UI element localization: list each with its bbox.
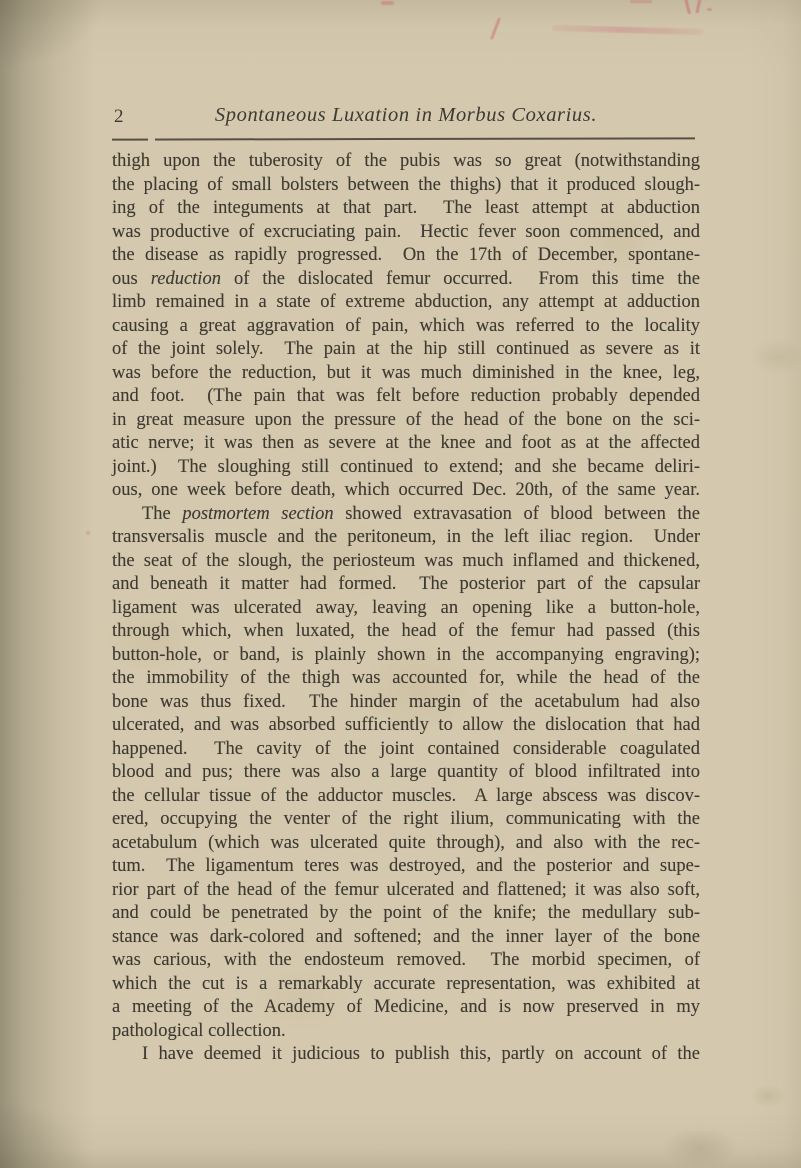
- text-line: ulcerated, and was absorbed sufficiently…: [112, 714, 700, 738]
- text-segment: bone was thus fixed. The hinder margin o…: [112, 692, 700, 712]
- text-line: the seat of the slough, the periosteum w…: [112, 550, 700, 574]
- text-line: happened. The cavity of the joint contai…: [112, 738, 700, 762]
- text-segment: stance was dark-colored and softened; an…: [112, 927, 700, 947]
- text-line: and foot. (The pain that was felt before…: [112, 385, 700, 409]
- text-segment: was carious, with the endosteum removed.…: [112, 950, 700, 970]
- page-header: 2 Spontaneous Luxation in Morbus Coxariu…: [112, 104, 700, 134]
- text-segment: causing a great aggravation of pain, whi…: [112, 316, 700, 336]
- italic-text: reduction: [151, 269, 221, 289]
- text-segment: atic nerve; it was then as severe at the…: [112, 433, 700, 453]
- text-line: The postmortem section showed extravasat…: [112, 503, 700, 527]
- text-line: ered, occupying the venter of the right …: [112, 808, 700, 832]
- text-line: rior part of the head of the femur ulcer…: [112, 879, 700, 903]
- red-ink-mark: [707, 8, 712, 11]
- text-line: acetabulum (which was ulcerated quite th…: [112, 832, 700, 856]
- text-segment: which the cut is a remarkably accurate r…: [112, 974, 700, 994]
- text-line: the placing of small bolsters between th…: [112, 174, 700, 198]
- text-segment: pathological collection.: [112, 1021, 286, 1041]
- text-segment: blood and pus; there was also a large qu…: [112, 762, 700, 782]
- text-segment: was productive of excruciating pain. Hec…: [112, 222, 700, 242]
- text-segment: in great measure upon the pressure of th…: [112, 410, 700, 430]
- red-ink-mark: [684, 0, 690, 14]
- text-line: transversalis muscle and the peritoneum,…: [112, 526, 700, 550]
- text-line: of the joint solely. The pain at the hip…: [112, 338, 700, 362]
- text-line: button-hole, or band, is plainly shown i…: [112, 644, 700, 668]
- text-line: was carious, with the endosteum removed.…: [112, 949, 700, 973]
- red-ink-fleck: [86, 531, 90, 535]
- text-segment: the cellular tissue of the adductor musc…: [112, 786, 700, 806]
- text-segment: and foot. (The pain that was felt before…: [112, 386, 700, 406]
- text-line: pathological collection.: [112, 1020, 700, 1044]
- book-page: 2 Spontaneous Luxation in Morbus Coxariu…: [0, 0, 801, 1168]
- text-segment: rior part of the head of the femur ulcer…: [112, 880, 700, 900]
- text-segment: joint.) The sloughing still continued to…: [112, 457, 700, 477]
- text-line: bone was thus fixed. The hinder margin o…: [112, 691, 700, 715]
- header-rule: [112, 137, 695, 140]
- text-segment: through which, when luxated, the head of…: [112, 621, 700, 641]
- text-segment: the placing of small bolsters between th…: [112, 175, 700, 195]
- red-ink-mark: [381, 1, 394, 5]
- text-line: joint.) The sloughing still continued to…: [112, 456, 700, 480]
- text-line: through which, when luxated, the head of…: [112, 620, 700, 644]
- page-body: thigh upon the tuberosity of the pubis w…: [112, 150, 700, 1067]
- text-segment: and beneath it matter had formed. The po…: [112, 574, 700, 594]
- text-segment: tum. The ligamentum teres was destroyed,…: [112, 856, 700, 876]
- text-segment: ered, occupying the venter of the right …: [112, 809, 700, 829]
- text-segment: I have deemed it judicious to publish th…: [142, 1044, 700, 1064]
- red-ink-mark: [630, 0, 652, 3]
- text-line: tum. The ligamentum teres was destroyed,…: [112, 855, 700, 879]
- text-segment: was before the reduction, but it was muc…: [112, 363, 700, 383]
- text-segment: The: [142, 504, 182, 524]
- text-line: a meeting of the Academy of Medicine, an…: [112, 996, 700, 1020]
- text-segment: ligament was ulcerated away, leaving an …: [112, 598, 700, 618]
- text-segment: button-hole, or band, is plainly shown i…: [112, 645, 700, 665]
- text-segment: thigh upon the tuberosity of the pubis w…: [112, 151, 700, 171]
- text-line: thigh upon the tuberosity of the pubis w…: [112, 150, 700, 174]
- text-line: the cellular tissue of the adductor musc…: [112, 785, 700, 809]
- text-line: ing of the integuments at that part. The…: [112, 197, 700, 221]
- text-line: was before the reduction, but it was muc…: [112, 362, 700, 386]
- text-line: limb remained in a state of extreme abdu…: [112, 291, 700, 315]
- italic-text: postmortem section: [182, 504, 333, 524]
- text-line: atic nerve; it was then as severe at the…: [112, 432, 700, 456]
- text-segment: ulcerated, and was absorbed sufficiently…: [112, 715, 700, 735]
- text-segment: of the dislocated femur occurred. From t…: [221, 269, 700, 289]
- header-rule-break: [148, 136, 155, 141]
- red-ink-mark: [695, 0, 701, 13]
- text-segment: the seat of the slough, the periosteum w…: [112, 551, 700, 571]
- text-segment: a meeting of the Academy of Medicine, an…: [112, 997, 700, 1017]
- text-line: ous, one week before death, which occurr…: [112, 479, 700, 503]
- text-segment: showed extravasation of blood between th…: [334, 504, 700, 524]
- text-line: I have deemed it judicious to publish th…: [112, 1043, 700, 1067]
- red-ink-mark: [490, 17, 501, 39]
- text-line: ligament was ulcerated away, leaving an …: [112, 597, 700, 621]
- text-line: ous reduction of the dislocated femur oc…: [112, 268, 700, 292]
- text-segment: happened. The cavity of the joint contai…: [112, 739, 700, 759]
- text-line: in great measure upon the pressure of th…: [112, 409, 700, 433]
- text-segment: ing of the integuments at that part. The…: [112, 198, 700, 218]
- text-line: the immobility of the thigh was accounte…: [112, 667, 700, 691]
- text-line: and could be penetrated by the point of …: [112, 902, 700, 926]
- text-line: which the cut is a remarkably accurate r…: [112, 973, 700, 997]
- running-head: Spontaneous Luxation in Morbus Coxarius.: [112, 104, 700, 127]
- text-line: the disease as rapidly progressed. On th…: [112, 244, 700, 268]
- text-segment: and could be penetrated by the point of …: [112, 903, 700, 923]
- red-ink-mark: [552, 25, 704, 35]
- text-line: stance was dark-colored and softened; an…: [112, 926, 700, 950]
- text-segment: the immobility of the thigh was accounte…: [112, 668, 700, 688]
- text-segment: the disease as rapidly progressed. On th…: [112, 245, 700, 265]
- text-segment: ous, one week before death, which occurr…: [112, 480, 700, 500]
- text-segment: of the joint solely. The pain at the hip…: [112, 339, 700, 359]
- text-line: and beneath it matter had formed. The po…: [112, 573, 700, 597]
- text-segment: ous: [112, 269, 151, 289]
- text-line: was productive of excruciating pain. Hec…: [112, 221, 700, 245]
- text-line: causing a great aggravation of pain, whi…: [112, 315, 700, 339]
- text-segment: limb remained in a state of extreme abdu…: [112, 292, 700, 312]
- text-segment: acetabulum (which was ulcerated quite th…: [112, 833, 700, 853]
- text-segment: transversalis muscle and the peritoneum,…: [112, 527, 700, 547]
- text-line: blood and pus; there was also a large qu…: [112, 761, 700, 785]
